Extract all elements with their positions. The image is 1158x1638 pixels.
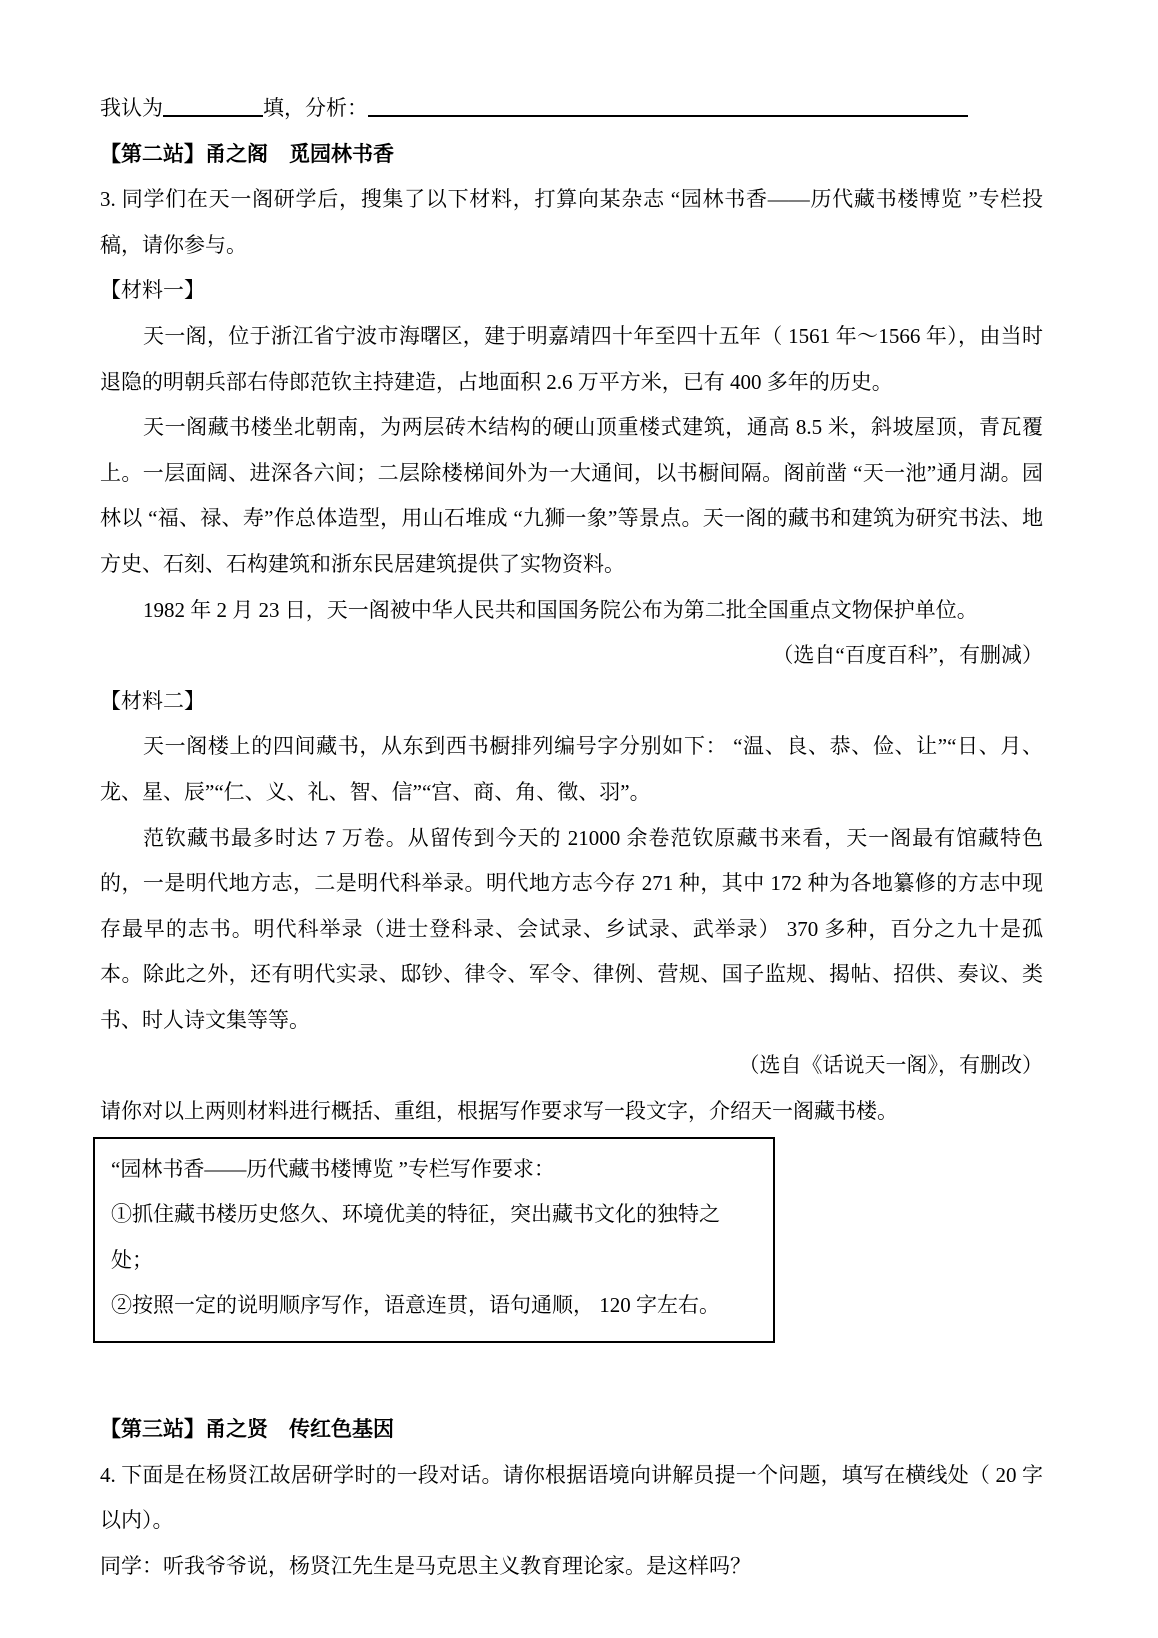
answer-fill-label-2: 填，分析： bbox=[263, 96, 368, 120]
material-1-label: 【材料一】 bbox=[100, 268, 1043, 314]
material-1-para-3: 1982 年 2 月 23 日，天一阁被中华人民共和国国务院公布为第二批全国重点… bbox=[100, 588, 1043, 634]
requirement-2: ②按照一定的说明顺序写作，语意连贯，语句通顺， 120 字左右。 bbox=[111, 1283, 757, 1329]
student-dialogue-line: 同学：听我爷爷说，杨贤江先生是马克思主义教育理论家。是这样吗？ bbox=[100, 1544, 1043, 1590]
task-intro-text: 请你对以上两则材料进行概括、重组，根据写作要求写一段文字，介绍天一阁藏书楼。 bbox=[100, 1089, 1043, 1135]
question-4-text: 4. 下面是在杨贤江故居研学时的一段对话。请你根据语境向讲解员提一个问题，填写在… bbox=[100, 1453, 1043, 1544]
requirement-1: ①抓住藏书楼历史悠久、环境优美的特征，突出藏书文化的独特之处； bbox=[111, 1192, 757, 1283]
material-1-para-2: 天一阁藏书楼坐北朝南，为两层砖木结构的硬山顶重楼式建筑，通高 8.5 米，斜坡屋… bbox=[100, 405, 1043, 587]
material-2-para-1: 天一阁楼上的四间藏书，从东到西书橱排列编号字分别如下： “温、良、恭、俭、让”“… bbox=[100, 724, 1043, 815]
answer-fill-line: 我认为填，分析： bbox=[100, 86, 1043, 132]
question-3-text: 3. 同学们在天一阁研学后，搜集了以下材料，打算向某杂志 “园林书香——历代藏书… bbox=[100, 177, 1043, 268]
document-page: 我认为填，分析：【第二站】甬之阁 觅园林书香3. 同学们在天一阁研学后，搜集了以… bbox=[100, 86, 1043, 1589]
material-1-source: （选自“百度百科”，有删减） bbox=[100, 633, 1043, 679]
material-2-source: （选自《话说天一阁》，有删改） bbox=[100, 1043, 1043, 1089]
answer-fill-label-1: 我认为 bbox=[100, 96, 163, 120]
station-2-heading: 【第二站】甬之阁 觅园林书香 bbox=[100, 132, 1043, 178]
station-3-heading: 【第三站】甬之贤 传红色基因 bbox=[100, 1407, 1043, 1453]
material-2-label: 【材料二】 bbox=[100, 679, 1043, 725]
material-1-para-1: 天一阁，位于浙江省宁波市海曙区，建于明嘉靖四十年至四十五年（ 1561 年～15… bbox=[100, 314, 1043, 405]
material-2-para-2: 范钦藏书最多时达 7 万卷。从留传到今天的 21000 余卷范钦原藏书来看，天一… bbox=[100, 816, 1043, 1044]
answer-blank[interactable] bbox=[163, 94, 263, 117]
requirement-title: “园林书香——历代藏书楼博览 ”专栏写作要求： bbox=[111, 1147, 757, 1193]
analysis-blank[interactable] bbox=[368, 94, 968, 117]
writing-requirements-box: “园林书香——历代藏书楼博览 ”专栏写作要求：①抓住藏书楼历史悠久、环境优美的特… bbox=[93, 1137, 775, 1343]
